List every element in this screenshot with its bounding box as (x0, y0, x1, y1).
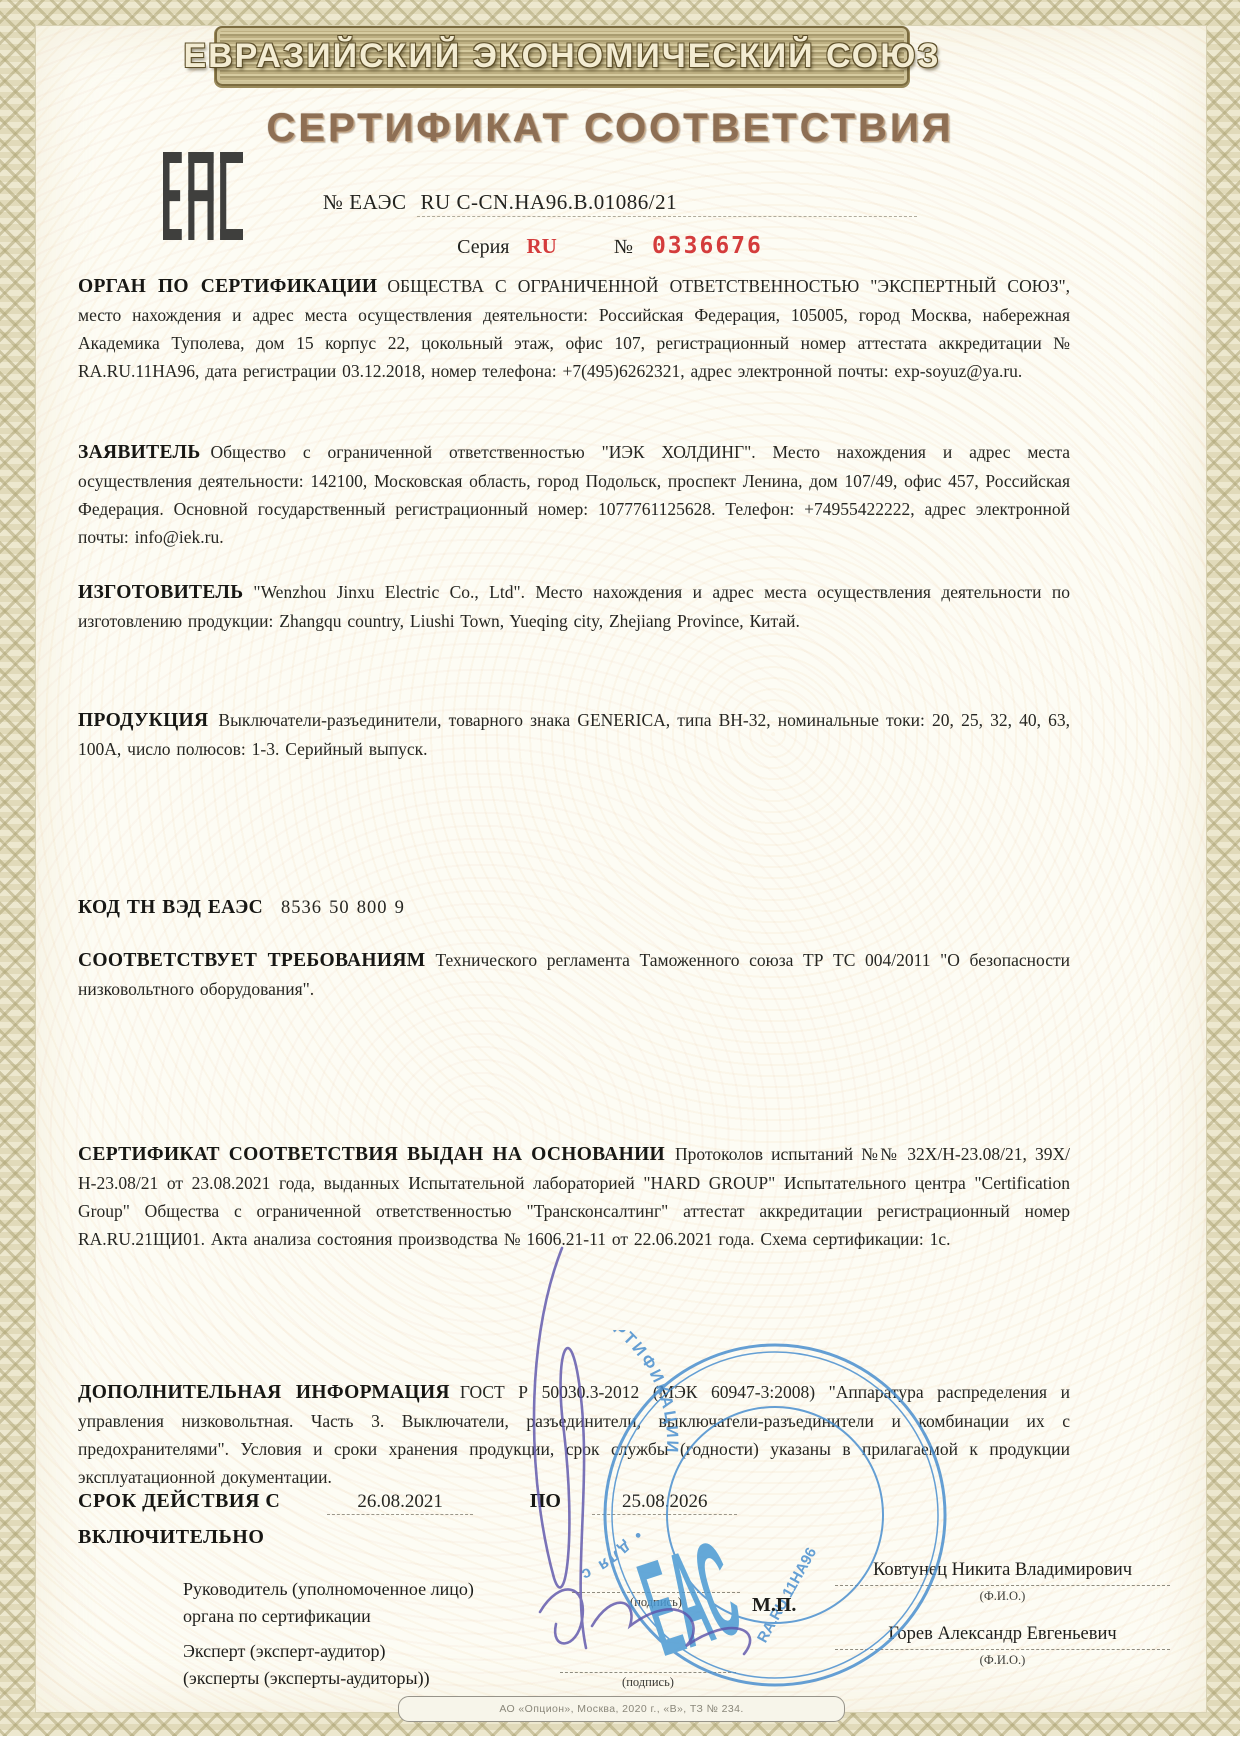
validity-date-from: 26.08.2021 (327, 1491, 473, 1515)
section-product: ПРОДУКЦИЯВыключатели-разъединители, това… (78, 706, 1070, 763)
validity-label: СРОК ДЕЙСТВИЯ С (78, 1490, 280, 1512)
section-authority: ОРГАН ПО СЕРТИФИКАЦИИОБЩЕСТВА С ОГРАНИЧЕ… (78, 272, 1070, 385)
series-label: Серия (457, 236, 509, 258)
section-manufacturer-label: ИЗГОТОВИТЕЛЬ (78, 582, 243, 603)
stamp-place-label: М.П. (752, 1594, 796, 1617)
series-value: RU (527, 234, 557, 258)
expert-role-label: Эксперт (эксперт-аудитор) (эксперты (экс… (183, 1638, 445, 1692)
union-name: ЕВРАЗИЙСКИЙ ЭКОНОМИЧЕСКИЙ СОЮЗ (183, 37, 940, 76)
section-basis-label: СЕРТИФИКАТ СООТВЕТСТВИЯ ВЫДАН НА ОСНОВАН… (78, 1144, 665, 1165)
certificate-number-line: № ЕАЭСRU C-CN.НА96.В.01086/21 (170, 190, 1070, 215)
serial-number-sign: № (614, 236, 633, 258)
head-role-label: Руководитель (уполномоченное лицо) орган… (183, 1576, 501, 1630)
section-tnved-code: КОД ТН ВЭД ЕАЭС8536 50 800 9 (78, 893, 1070, 922)
section-manufacturer: ИЗГОТОВИТЕЛЬ"Wenzhou Jinxu Electric Co.,… (78, 578, 1070, 635)
section-applicant-label: ЗАЯВИТЕЛЬ (78, 442, 201, 463)
document-title: СЕРТИФИКАТ СООТВЕТСТВИЯ (150, 106, 1070, 151)
section-product-text: Выключатели-разъединители, товарного зна… (78, 710, 1070, 759)
section-authority-label: ОРГАН ПО СЕРТИФИКАЦИИ (78, 276, 377, 297)
section-product-label: ПРОДУКЦИЯ (78, 710, 208, 731)
section-compliance: СООТВЕТСТВУЕТ ТРЕБОВАНИЯМТехнического ре… (78, 946, 1070, 1003)
section-tnved-label: КОД ТН ВЭД ЕАЭС (78, 897, 263, 918)
section-applicant: ЗАЯВИТЕЛЬОбщество с ограниченной ответст… (78, 438, 1070, 551)
section-additional-label: ДОПОЛНИТЕЛЬНАЯ ИНФОРМАЦИЯ (78, 1382, 450, 1403)
bottom-strip (0, 1736, 1240, 1754)
section-applicant-text: Общество с ограниченной ответственностью… (78, 442, 1070, 547)
validity-inclusive-label: ВКЛЮЧИТЕЛЬНО (78, 1526, 264, 1549)
certificate-number-label: № ЕАЭС (323, 190, 407, 214)
certificate-sheet: ЕВРАЗИЙСКИЙ ЭКОНОМИЧЕСКИЙ СОЮЗ СЕРТИФИКА… (0, 0, 1240, 1754)
certificate-number-value: RU C-CN.НА96.В.01086/21 (417, 190, 918, 217)
serial-number-value: 0336676 (652, 233, 763, 259)
series-line: Серия RU № 0336676 (160, 233, 1060, 259)
section-compliance-label: СООТВЕТСТВУЕТ ТРЕБОВАНИЯМ (78, 950, 425, 971)
section-tnved-value: 8536 50 800 9 (281, 898, 405, 918)
union-banner: ЕВРАЗИЙСКИЙ ЭКОНОМИЧЕСКИЙ СОЮЗ (215, 26, 909, 86)
